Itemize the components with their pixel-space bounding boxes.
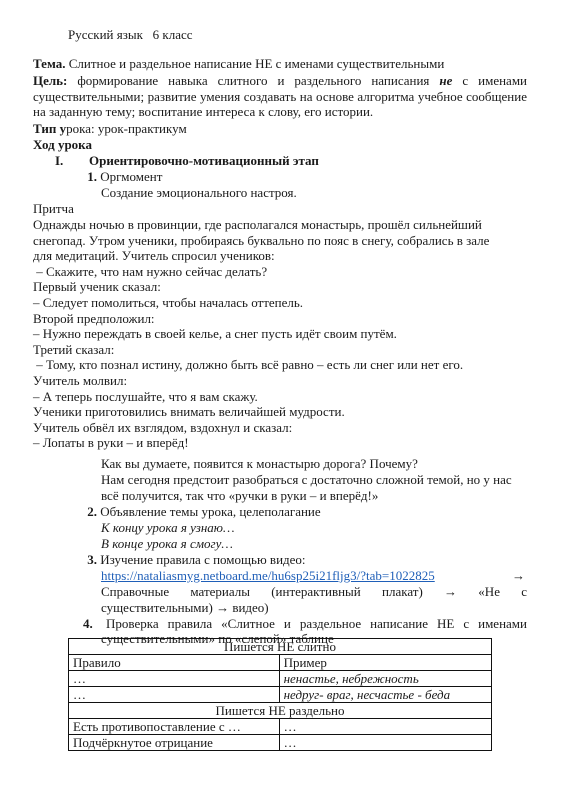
rule-cell: Подчёркнутое отрицание: [69, 735, 280, 751]
item-3: 3. Изучение правила с помощью видео:: [83, 552, 306, 568]
parable-text: Однажды ночью в провинции, где располага…: [33, 217, 527, 451]
video-link[interactable]: https://nataliasmyg.netboard.me/hu6sp25i…: [101, 568, 435, 583]
item-number: 2.: [83, 504, 97, 520]
lesson-type-text: рока: урок-практикум: [66, 121, 187, 136]
lesson-type: Тип урока: урок-практикум: [33, 121, 187, 137]
parable-line: снегопад. Утром ученики, пробираясь букв…: [33, 233, 527, 249]
table-row: Подчёркнутое отрицание …: [69, 735, 492, 751]
goal-emphasis: не: [439, 73, 452, 88]
column-header-rule: Правило: [69, 655, 280, 671]
item-title: Оргмомент: [100, 169, 162, 184]
parable-line: Третий сказал:: [33, 342, 527, 358]
discussion-line-1: Нам сегодня предстоит разобраться с дост…: [101, 472, 512, 488]
parable-line: – Следует помолиться, чтобы началась отт…: [33, 295, 527, 311]
parable-line: – Тому, кто познал истину, должно быть в…: [33, 357, 527, 373]
rule-cell: …: [69, 687, 280, 703]
goal-line-know: К концу урока я узнаю…: [101, 520, 235, 536]
example-cell: недруг- враг, несчастье - беда: [279, 687, 491, 703]
discussion-question: Как вы думаете, появится к монастырю дор…: [101, 456, 418, 472]
topic-text: Слитное и раздельное написание НЕ с имен…: [65, 56, 444, 71]
parable-line: – Скажите, что нам нужно сейчас делать?: [33, 264, 527, 280]
subject: Русский язык: [68, 27, 143, 42]
goal-line-can: В конце урока я смогу…: [101, 536, 233, 552]
stage-heading: I.Ориентировочно-мотивационный этап: [55, 153, 319, 169]
navigation-path-line-2: существительными) → видео): [101, 600, 269, 616]
item-1-sub: Создание эмоционального настроя.: [101, 185, 297, 201]
section-header-separate: Пишется НЕ раздельно: [69, 703, 492, 719]
stage-title: Ориентировочно-мотивационный этап: [89, 153, 319, 168]
lesson-flow-heading: Ход урока: [33, 137, 92, 153]
goal-paragraph: Цель: формирование навыка слитного и раз…: [33, 73, 527, 120]
parable-line: – А теперь послушайте, что я вам скажу.: [33, 389, 527, 405]
item-2: 2. Объявление темы урока, целеполагание: [83, 504, 321, 520]
blind-rule-table: Пишется НЕ слитно Правило Пример … ненас…: [68, 638, 492, 751]
item-number: 3.: [83, 552, 97, 568]
rule-cell: Есть противопоставление с …: [69, 719, 280, 735]
table-row: … недруг- враг, несчастье - беда: [69, 687, 492, 703]
parable-line: Учитель молвил:: [33, 373, 527, 389]
item-title: Объявление темы урока, целеполагание: [100, 504, 320, 519]
item-4: 4. Проверка правила «Слитное и раздельно…: [83, 616, 527, 632]
parable-line: для медитаций. Учитель спросил учеников:: [33, 248, 527, 264]
discussion-line-2: всё получится, так что «ручки в руки – и…: [101, 488, 378, 504]
example-cell: …: [279, 735, 491, 751]
lesson-type-label: Тип у: [33, 121, 66, 136]
item-title: Изучение правила с помощью видео:: [100, 552, 305, 567]
section-header-joined: Пишется НЕ слитно: [69, 639, 492, 655]
parable-line: – Лопаты в руки – и вперёд!: [33, 435, 527, 451]
video-link-line: https://nataliasmyg.netboard.me/hu6sp25i…: [101, 568, 527, 584]
rule-cell: …: [69, 671, 280, 687]
goal-text: формирование навыка слитного и раздельно…: [67, 73, 439, 88]
parable-line: Первый ученик сказал:: [33, 279, 527, 295]
item-number: 4.: [83, 616, 97, 632]
document-header: Русский язык 6 класс: [68, 27, 193, 43]
parable-line: Однажды ночью в провинции, где располага…: [33, 217, 527, 233]
topic-label: Тема.: [33, 56, 65, 71]
column-header-example: Пример: [279, 655, 491, 671]
navigation-path-line-1: Справочные материалы (интерактивный плак…: [101, 584, 527, 600]
parable-line: – Нужно переждать в своей келье, а снег …: [33, 326, 527, 342]
parable-title: Притча: [33, 201, 74, 217]
grade: 6 класс: [153, 27, 193, 42]
parable-line: Ученики приготовились внимать величайшей…: [33, 404, 527, 420]
parable-line: Второй предположил:: [33, 311, 527, 327]
parable-line: Учитель обвёл их взглядом, вздохнул и ск…: [33, 420, 527, 436]
table-row: Есть противопоставление с … …: [69, 719, 492, 735]
arrow-icon: →: [512, 568, 525, 584]
table-row: … ненастье, небрежность: [69, 671, 492, 687]
stage-numeral: I.: [55, 153, 89, 169]
item-number: 1.: [83, 169, 97, 185]
item-title: Проверка правила «Слитное и раздельное н…: [106, 616, 527, 631]
item-1: 1. Оргмомент: [83, 169, 162, 185]
example-cell: …: [279, 719, 491, 735]
example-cell: ненастье, небрежность: [279, 671, 491, 687]
topic-line: Тема. Слитное и раздельное написание НЕ …: [33, 56, 527, 72]
goal-label: Цель:: [33, 73, 67, 88]
